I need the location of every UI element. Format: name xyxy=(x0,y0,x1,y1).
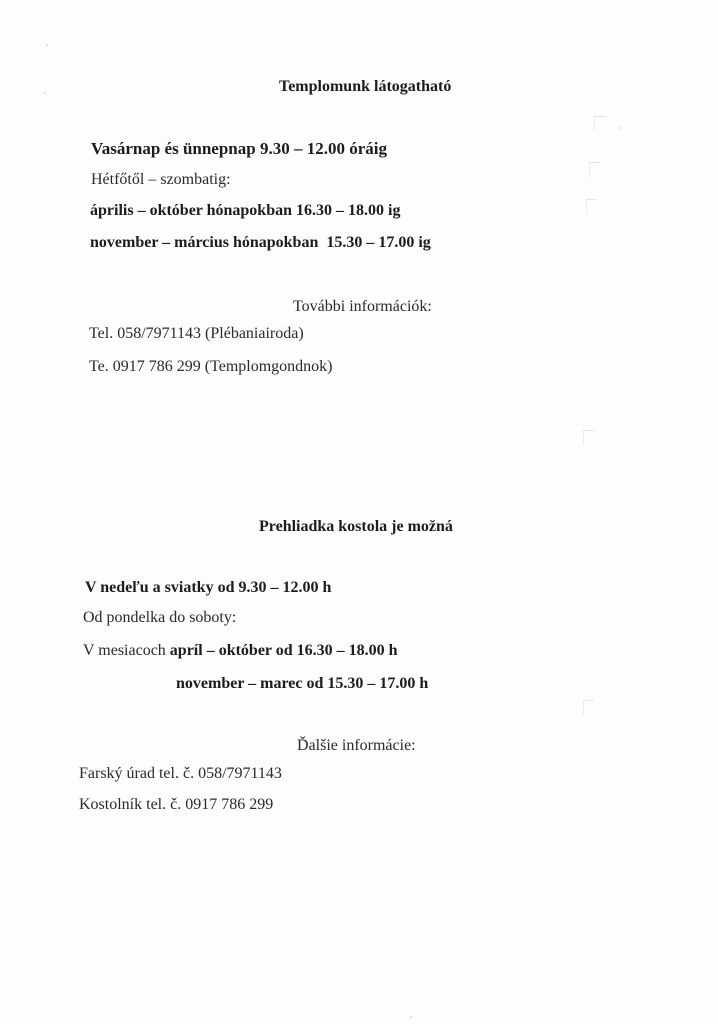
scan-dot xyxy=(410,1016,412,1018)
hungarian-sexton-phone: Te. 0917 786 299 (Templomgondnok) xyxy=(89,359,333,375)
slovak-summer-text: apríl – október od 16.30 – 18.00 h xyxy=(170,642,398,659)
slovak-more-info-heading: Ďalšie informácie: xyxy=(297,738,416,754)
hungarian-winter-hours: november – március hónapokban 15.30 – 17… xyxy=(90,235,431,251)
hungarian-office-phone: Tel. 058/7971143 (Plébaniairoda) xyxy=(89,326,304,342)
scan-artifact xyxy=(583,700,594,715)
slovak-summer-hours: V mesiacoch apríl – október od 16.30 – 1… xyxy=(83,643,398,659)
slovak-office-phone: Farský úrad tel. č. 058/7971143 xyxy=(79,766,282,782)
slovak-winter-hours: november – marec od 15.30 – 17.00 h xyxy=(176,676,428,692)
scan-dot xyxy=(44,92,46,94)
scan-dot xyxy=(46,44,48,46)
slovak-sunday-hours: V nedeľu a sviatky od 9.30 – 12.00 h xyxy=(85,580,331,596)
slovak-title: Prehliadka kostola je možná xyxy=(259,519,453,535)
scan-artifact xyxy=(594,116,605,131)
hungarian-sunday-hours: Vasárnap és ünnepnap 9.30 – 12.00 óráig xyxy=(91,140,387,157)
scan-dot xyxy=(620,127,622,129)
slovak-sunday-text: V nedeľu a sviatky od 9.30 – 12.00 h xyxy=(85,579,331,596)
slovak-sexton-phone: Kostolník tel. č. 0917 786 299 xyxy=(79,797,273,813)
scan-artifact xyxy=(583,430,594,445)
slovak-weekdays-label: Od pondelka do soboty: xyxy=(83,610,236,626)
slovak-summer-prefix: V mesiacoch xyxy=(83,642,170,659)
hungarian-summer-hours: április – október hónapokban 16.30 – 18.… xyxy=(90,203,400,219)
hungarian-weekdays-label: Hétfőtől – szombatig: xyxy=(91,172,231,188)
scan-artifact xyxy=(586,199,597,214)
hungarian-more-info-heading: További információk: xyxy=(293,299,432,315)
hungarian-title: Templomunk látogatható xyxy=(279,79,451,95)
scan-artifact xyxy=(589,162,600,177)
